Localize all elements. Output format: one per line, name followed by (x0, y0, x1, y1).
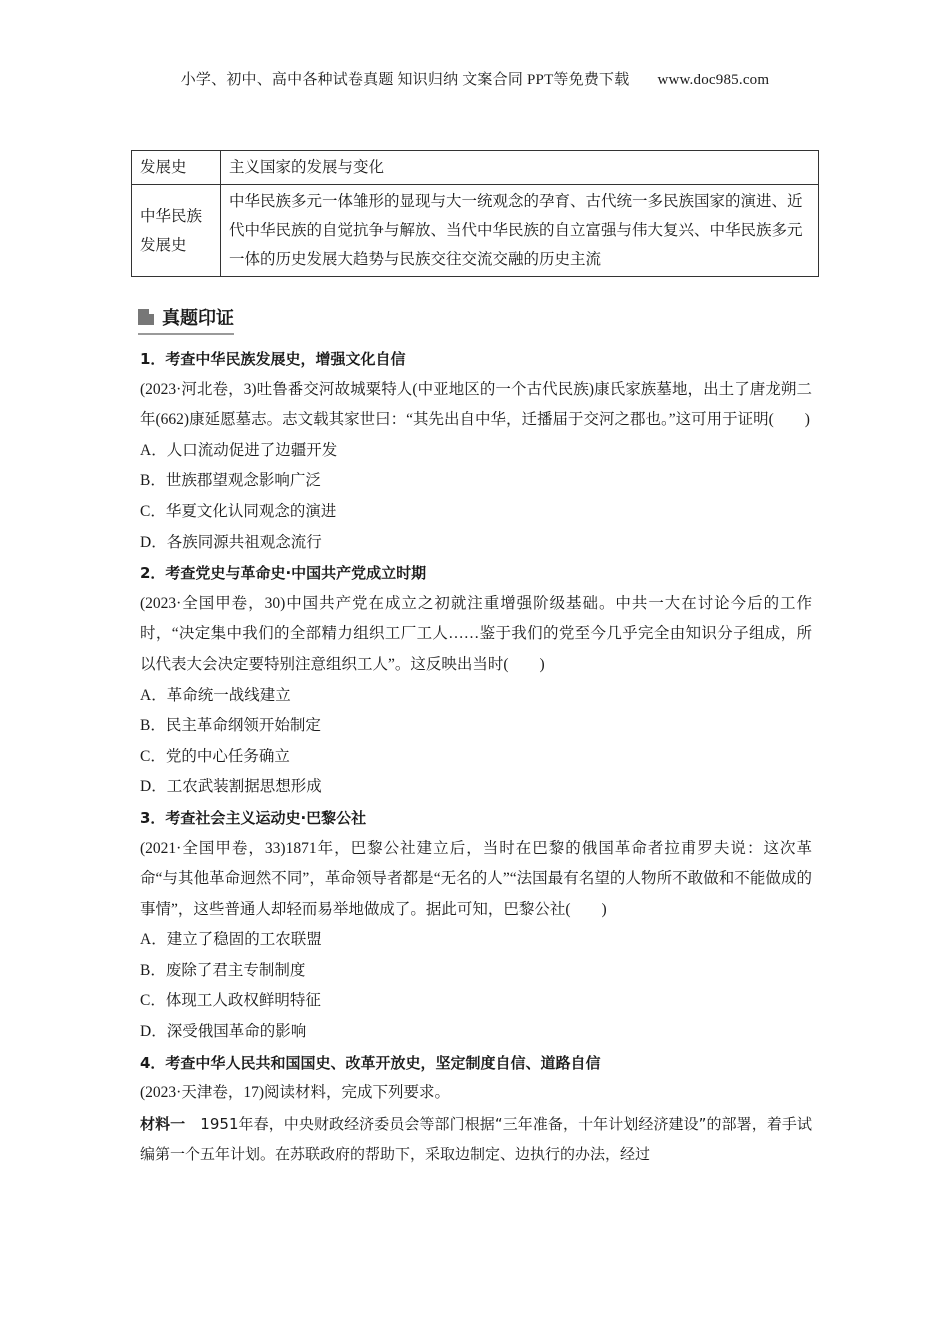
table-cell-content: 中华民族多元一体雏形的显现与大一统观念的孕育、古代统一多民族国家的演进、近代中华… (221, 185, 819, 277)
question-stem: (2023·全国甲卷，30)中国共产党在成立之初就注重增强阶级基础。中共一大在讨… (140, 589, 812, 681)
material-one: 材料一 1951年春，中央财政经济委员会等部门根据“三年准备，十年计划经济建设”… (140, 1109, 812, 1170)
knowledge-table: 发展史 主义国家的发展与变化 中华民族发展史 中华民族多元一体雏形的显现与大一统… (131, 150, 819, 277)
question-title: 2．考查党史与革命史·中国共产党成立时期 (140, 558, 812, 589)
option-d[interactable]: D．工农武装割据思想形成 (140, 772, 812, 803)
question-1: 1．考查中华民族发展史，增强文化自信 (2023·河北卷，3)吐鲁番交河故城粟特… (140, 344, 812, 558)
table-cell-label: 发展史 (132, 151, 221, 185)
question-3: 3．考查社会主义运动史·巴黎公社 (2021·全国甲卷，33)1871年，巴黎公… (140, 803, 812, 1048)
question-title: 4．考查中华人民共和国国史、改革开放史，坚定制度自信、道路自信 (140, 1048, 812, 1079)
section-heading: 真题印证 (138, 304, 234, 335)
option-b[interactable]: B．世族郡望观念影响广泛 (140, 466, 812, 497)
table-row: 中华民族发展史 中华民族多元一体雏形的显现与大一统观念的孕育、古代统一多民族国家… (132, 185, 819, 277)
option-d[interactable]: D．各族同源共祖观念流行 (140, 528, 812, 559)
option-c[interactable]: C．华夏文化认同观念的演进 (140, 497, 812, 528)
material-text: 1951年春，中央财政经济委员会等部门根据“三年准备，十年计划经济建设”的部署，… (140, 1115, 812, 1164)
question-stem: (2021·全国甲卷，33)1871年，巴黎公社建立后，当时在巴黎的俄国革命者拉… (140, 834, 812, 926)
material-label: 材料一 (140, 1115, 185, 1133)
question-title: 1．考查中华民族发展史，增强文化自信 (140, 344, 812, 375)
table-row: 发展史 主义国家的发展与变化 (132, 151, 819, 185)
question-list: 1．考查中华民族发展史，增强文化自信 (2023·河北卷，3)吐鲁番交河故城粟特… (140, 344, 812, 1170)
option-a[interactable]: A．建立了稳固的工农联盟 (140, 925, 812, 956)
question-4: 4．考查中华人民共和国国史、改革开放史，坚定制度自信、道路自信 (2023·天津… (140, 1048, 812, 1170)
option-a[interactable]: A．革命统一战线建立 (140, 681, 812, 712)
option-b[interactable]: B．废除了君主专制制度 (140, 956, 812, 987)
option-a[interactable]: A．人口流动促进了边疆开发 (140, 436, 812, 467)
question-stem: (2023·天津卷，17)阅读材料，完成下列要求。 (140, 1078, 812, 1109)
page-header: 小学、初中、高中各种试卷真题 知识归纳 文案合同 PPT等免费下载www.doc… (0, 68, 950, 89)
option-b[interactable]: B．民主革命纲领开始制定 (140, 711, 812, 742)
option-c[interactable]: C．体现工人政权鲜明特征 (140, 986, 812, 1017)
option-d[interactable]: D．深受俄国革命的影响 (140, 1017, 812, 1048)
header-text: 小学、初中、高中各种试卷真题 知识归纳 文案合同 PPT等免费下载 (181, 72, 630, 88)
header-url[interactable]: www.doc985.com (657, 72, 769, 88)
table-cell-label: 中华民族发展史 (132, 185, 221, 277)
table-cell-content: 主义国家的发展与变化 (221, 151, 819, 185)
document-icon (138, 309, 154, 325)
section-title: 真题印证 (162, 304, 234, 330)
option-c[interactable]: C．党的中心任务确立 (140, 742, 812, 773)
question-2: 2．考查党史与革命史·中国共产党成立时期 (2023·全国甲卷，30)中国共产党… (140, 558, 812, 803)
question-stem: (2023·河北卷，3)吐鲁番交河故城粟特人(中亚地区的一个古代民族)康氏家族墓… (140, 375, 812, 436)
question-title: 3．考查社会主义运动史·巴黎公社 (140, 803, 812, 834)
